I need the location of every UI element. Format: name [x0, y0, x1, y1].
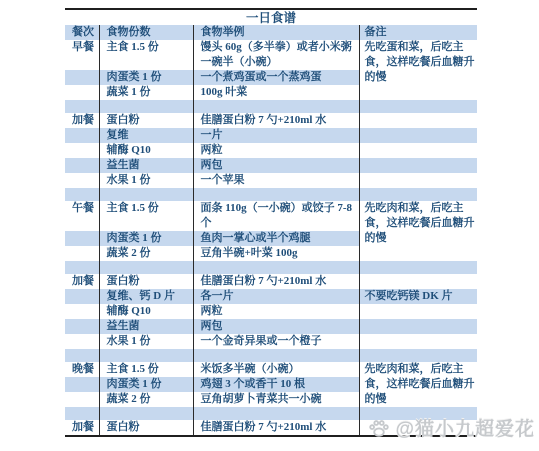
- meal-name-cell: 午餐: [65, 201, 99, 231]
- table-row: 水果 1 份一个金奇异果或一个橙子: [65, 334, 477, 349]
- example-cell: 两粒: [193, 143, 359, 158]
- meal-name-cell: 加餐: [65, 420, 99, 436]
- note-cell: [359, 334, 477, 349]
- portion-cell: 蛋白粉: [99, 113, 193, 128]
- separator-cell: [99, 188, 193, 201]
- table-row: 复维、钙 D 片各一片不要吃钙镁 DK 片: [65, 289, 477, 304]
- page-title: 一日食谱: [65, 10, 477, 25]
- meal-name-cell: [65, 377, 99, 392]
- separator-cell: [359, 100, 477, 113]
- column-header-example: 食物举例: [193, 25, 359, 40]
- example-cell: 鸡翅 3 个或香干 10 根: [193, 377, 359, 392]
- paw-icon: [368, 417, 390, 439]
- table-row: 午餐主食 1.5 份面条 110g（一小碗）或饺子 7-8 个先吃肉和菜，后吃主…: [65, 201, 477, 231]
- example-cell: 两包: [193, 158, 359, 173]
- separator-cell: [99, 261, 193, 274]
- portion-cell: 辅酶 Q10: [99, 143, 193, 158]
- example-cell: 鱼肉一掌心或半个鸡腿: [193, 231, 359, 246]
- separator-cell: [193, 100, 359, 113]
- portion-cell: 肉蛋类 1 份: [99, 70, 193, 85]
- separator-cell: [359, 349, 477, 362]
- meal-name-cell: [65, 334, 99, 349]
- note-cell: [359, 319, 477, 334]
- meal-name-cell: [65, 392, 99, 407]
- separator-cell: [193, 349, 359, 362]
- note-cell: 先吃肉和菜，后吃主食，这样吃餐后血糖升的慢: [359, 362, 477, 407]
- note-cell: [359, 113, 477, 128]
- example-cell: 两粒: [193, 304, 359, 319]
- note-cell: 先吃蛋和菜，后吃主食，这样吃餐后血糖升的慢: [359, 40, 477, 100]
- column-header-meal: 餐次: [65, 25, 99, 40]
- table-row: 水果 1 份一个苹果: [65, 173, 477, 188]
- watermark-text: @猫小九超爱花: [395, 414, 535, 441]
- portion-cell: 水果 1 份: [99, 173, 193, 188]
- meal-name-cell: [65, 319, 99, 334]
- portion-cell: 益生菌: [99, 158, 193, 173]
- portion-cell: 主食 1.5 份: [99, 201, 193, 231]
- note-cell: [359, 158, 477, 173]
- separator-row: [65, 188, 477, 201]
- header-row: 餐次 食物份数 食物举例 备注: [65, 25, 477, 40]
- column-header-note: 备注: [359, 25, 477, 40]
- meal-name-cell: [65, 246, 99, 261]
- meal-name-cell: [65, 231, 99, 246]
- note-cell: [359, 173, 477, 188]
- separator-cell: [193, 261, 359, 274]
- meal-name-cell: [65, 173, 99, 188]
- example-cell: 佳膳蛋白粉 7 勺+210ml 水: [193, 113, 359, 128]
- meal-name-cell: 早餐: [65, 40, 99, 70]
- portion-cell: 复维: [99, 128, 193, 143]
- table-row: 加餐蛋白粉佳膳蛋白粉 7 勺+210ml 水: [65, 274, 477, 289]
- example-cell: 米饭多半碗（小碗）: [193, 362, 359, 377]
- separator-cell: [359, 261, 477, 274]
- note-cell: 不要吃钙镁 DK 片: [359, 289, 477, 304]
- example-cell: 豆角胡萝卜青菜共一小碗: [193, 392, 359, 407]
- example-cell: 一片: [193, 128, 359, 143]
- example-cell: 馒头 60g（多半拳）或者小米粥一碗半（小碗）: [193, 40, 359, 70]
- meal-plan-table: 餐次 食物份数 食物举例 备注 早餐主食 1.5 份馒头 60g（多半拳）或者小…: [65, 25, 477, 437]
- meal-name-cell: [65, 158, 99, 173]
- table-row: 益生菌两包: [65, 158, 477, 173]
- separator-cell: [99, 407, 193, 420]
- table-row: 益生菌两包: [65, 319, 477, 334]
- separator-cell: [65, 100, 99, 113]
- portion-cell: 主食 1.5 份: [99, 40, 193, 70]
- meal-name-cell: [65, 85, 99, 100]
- portion-cell: 肉蛋类 1 份: [99, 231, 193, 246]
- example-cell: 面条 110g（一小碗）或饺子 7-8 个: [193, 201, 359, 231]
- table-row: 辅酶 Q10两粒: [65, 143, 477, 158]
- note-cell: [359, 304, 477, 319]
- example-cell: 各一片: [193, 289, 359, 304]
- example-cell: 佳膳蛋白粉 7 勺+210ml 水: [193, 274, 359, 289]
- separator-row: [65, 100, 477, 113]
- meal-name-cell: 加餐: [65, 274, 99, 289]
- portion-cell: 益生菌: [99, 319, 193, 334]
- meal-name-cell: [65, 289, 99, 304]
- portion-cell: 主食 1.5 份: [99, 362, 193, 377]
- table-row: 早餐主食 1.5 份馒头 60g（多半拳）或者小米粥一碗半（小碗）先吃蛋和菜，后…: [65, 40, 477, 70]
- portion-cell: 蔬菜 1 份: [99, 85, 193, 100]
- portion-cell: 蛋白粉: [99, 274, 193, 289]
- table-row: 晚餐主食 1.5 份米饭多半碗（小碗）先吃肉和菜，后吃主食，这样吃餐后血糖升的慢: [65, 362, 477, 377]
- note-cell: [359, 143, 477, 158]
- separator-cell: [193, 407, 359, 420]
- portion-cell: 水果 1 份: [99, 334, 193, 349]
- example-cell: 豆角半碗+叶菜 100g: [193, 246, 359, 261]
- separator-cell: [359, 188, 477, 201]
- example-cell: 一个苹果: [193, 173, 359, 188]
- table-row: 复维一片: [65, 128, 477, 143]
- portion-cell: 蔬菜 2 份: [99, 392, 193, 407]
- example-cell: 佳膳蛋白粉 7 勺+210ml 水: [193, 420, 359, 436]
- meal-name-cell: [65, 143, 99, 158]
- separator-cell: [193, 188, 359, 201]
- separator-cell: [65, 188, 99, 201]
- meal-name-cell: 晚餐: [65, 362, 99, 377]
- portion-cell: 蛋白粉: [99, 420, 193, 436]
- portion-cell: 复维、钙 D 片: [99, 289, 193, 304]
- separator-row: [65, 349, 477, 362]
- note-cell: [359, 128, 477, 143]
- portion-cell: 肉蛋类 1 份: [99, 377, 193, 392]
- separator-cell: [65, 349, 99, 362]
- note-cell: [359, 274, 477, 289]
- table-row: 加餐蛋白粉佳膳蛋白粉 7 勺+210ml 水: [65, 113, 477, 128]
- meal-name-cell: [65, 128, 99, 143]
- example-cell: 一个煮鸡蛋或一个蒸鸡蛋: [193, 70, 359, 85]
- portion-cell: 蔬菜 2 份: [99, 246, 193, 261]
- separator-cell: [65, 261, 99, 274]
- example-cell: 一个金奇异果或一个橙子: [193, 334, 359, 349]
- column-header-portion: 食物份数: [99, 25, 193, 40]
- separator-cell: [65, 407, 99, 420]
- meal-table-rows: 早餐主食 1.5 份馒头 60g（多半拳）或者小米粥一碗半（小碗）先吃蛋和菜，后…: [65, 40, 477, 436]
- separator-cell: [99, 349, 193, 362]
- meal-name-cell: 加餐: [65, 113, 99, 128]
- separator-cell: [99, 100, 193, 113]
- separator-row: [65, 261, 477, 274]
- meal-name-cell: [65, 70, 99, 85]
- table-row: 辅酶 Q10两粒: [65, 304, 477, 319]
- watermark: @猫小九超爱花: [368, 414, 535, 441]
- portion-cell: 辅酶 Q10: [99, 304, 193, 319]
- example-cell: 100g 叶菜: [193, 85, 359, 100]
- note-cell: 先吃肉和菜，后吃主食，这样吃餐后血糖升的慢: [359, 201, 477, 261]
- example-cell: 两包: [193, 319, 359, 334]
- meal-plan-sheet: 一日食谱 餐次 食物份数 食物举例 备注 早餐主食 1.5 份馒头 60g（多半…: [65, 8, 477, 437]
- meal-name-cell: [65, 304, 99, 319]
